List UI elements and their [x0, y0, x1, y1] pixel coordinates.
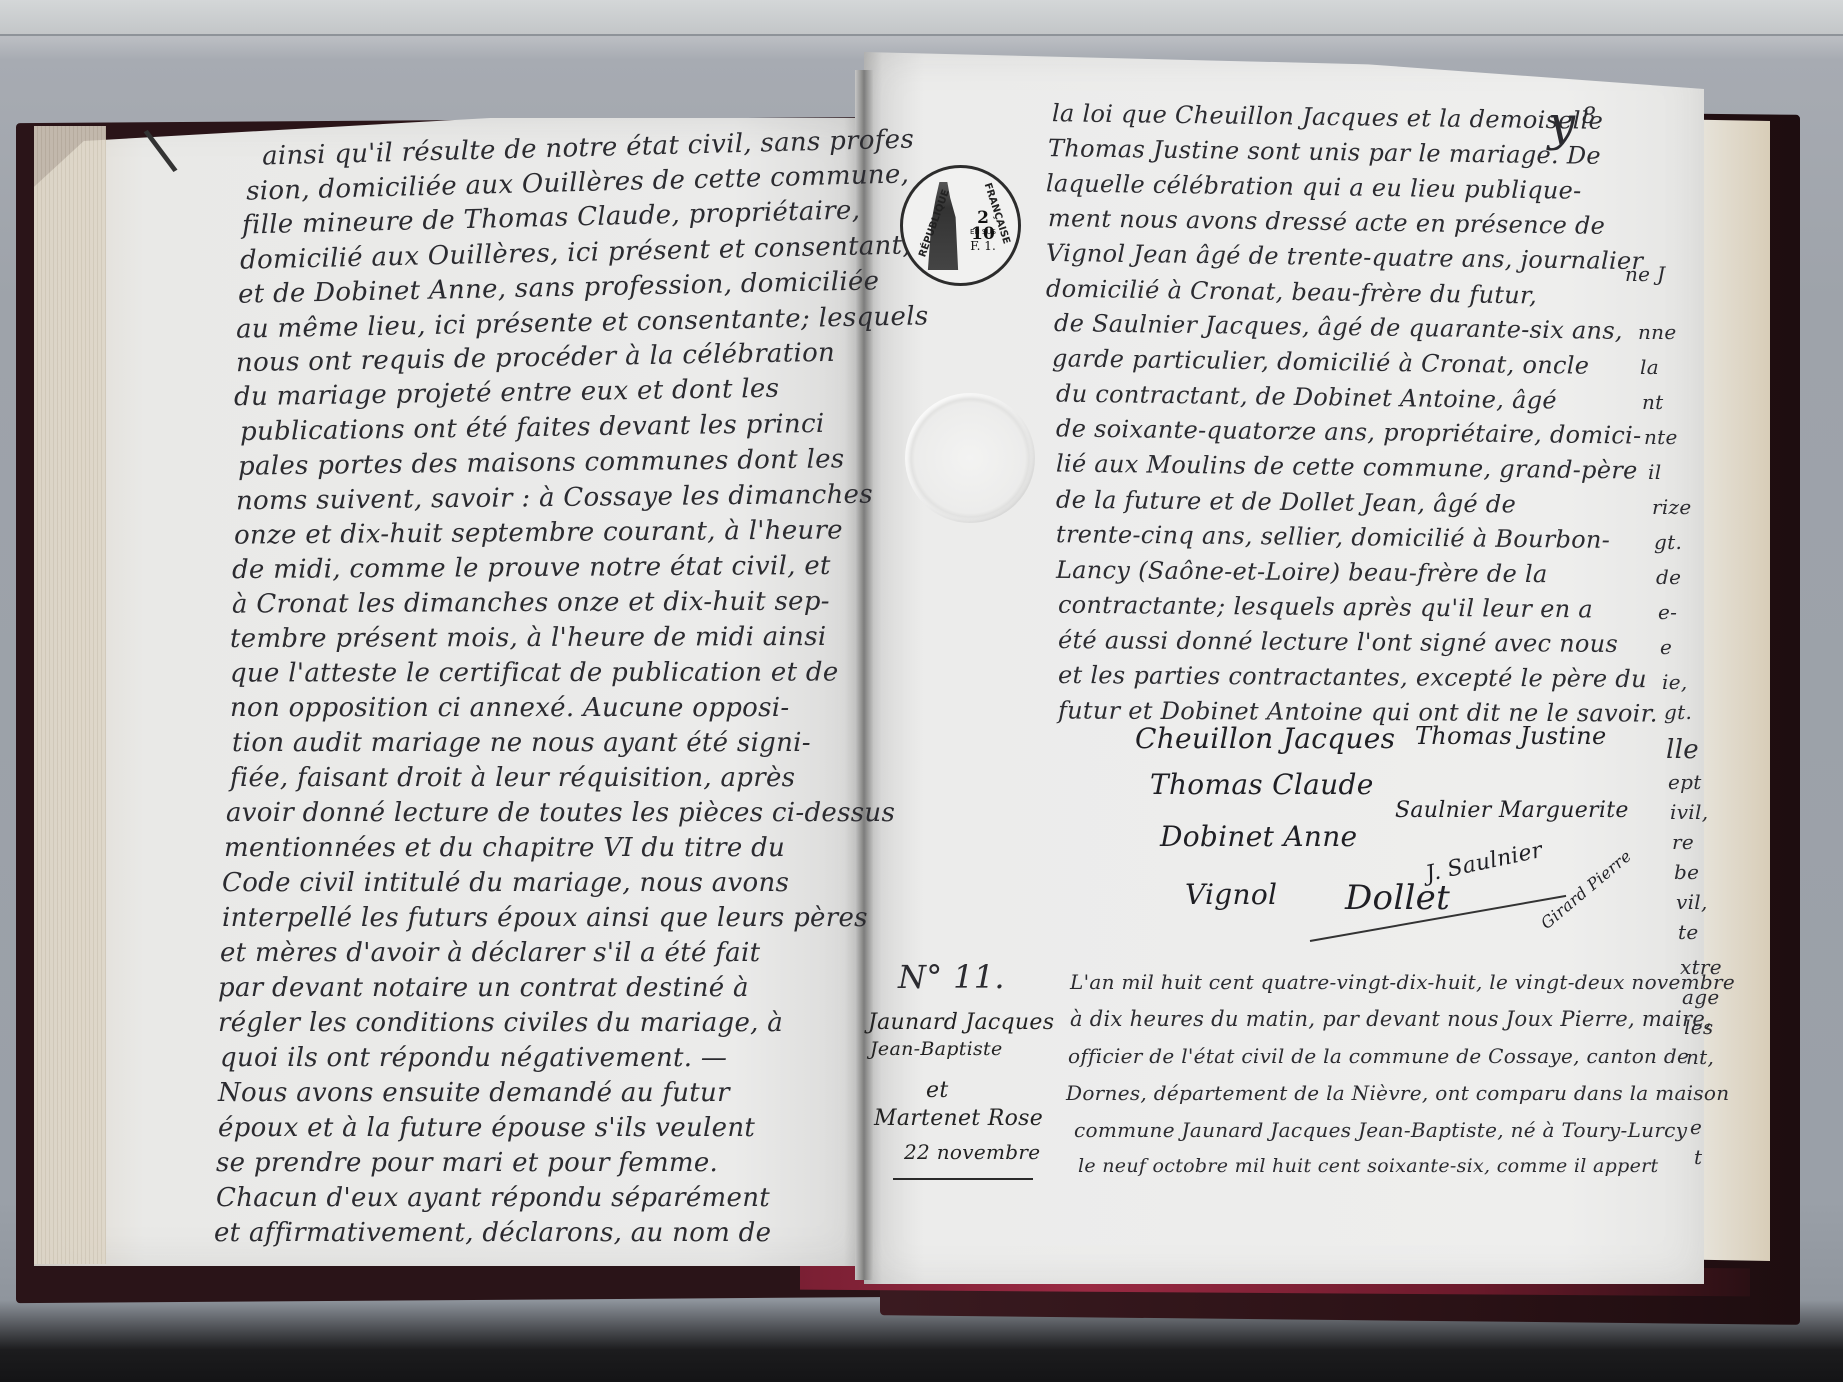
- text-line: époux et à la future épouse s'ils veulen…: [218, 1113, 755, 1143]
- fragment: la: [1640, 355, 1659, 379]
- text-line: été aussi donné lecture l'ont signé avec…: [1058, 626, 1618, 658]
- fragment: lle: [1666, 735, 1699, 765]
- text-line: Chacun d'eux ayant répondu séparément: [216, 1183, 770, 1213]
- fragment: il: [1648, 460, 1661, 484]
- margin-date: 22 novembre: [904, 1140, 1040, 1164]
- text-line: trente-cinq ans, sellier, domicilié à Bo…: [1056, 520, 1610, 554]
- background-surface: [0, 0, 1843, 36]
- text-line: tembre présent mois, à l'heure de midi a…: [230, 622, 827, 654]
- embossed-seal: [905, 393, 1035, 523]
- text-line: par devant notaire un contrat destiné à: [218, 973, 749, 1003]
- signature: Vignol: [1185, 878, 1277, 911]
- text-line: et mères d'avoir à déclarer s'il a été f…: [220, 938, 760, 968]
- fragment: e: [1690, 1115, 1702, 1139]
- text-line: à dix heures du matin, par devant nous J…: [1070, 1007, 1712, 1031]
- text-line: de la future et de Dollet Jean, âgé de: [1056, 486, 1516, 519]
- fragment: t: [1694, 1145, 1702, 1169]
- text-line: Dornes, département de la Nièvre, ont co…: [1066, 1081, 1729, 1105]
- fragment: ie,: [1662, 670, 1688, 694]
- fragment: xtre: [1680, 955, 1722, 979]
- fragment: te: [1678, 920, 1698, 944]
- fragment: nt: [1642, 390, 1664, 414]
- stamp-value-sub: EN SUS: [963, 228, 1003, 236]
- fragment: ept: [1668, 770, 1702, 794]
- text-line: avoir donné lecture de toutes les pièces…: [226, 798, 895, 828]
- text-line: le neuf octobre mil huit cent soixante-s…: [1078, 1155, 1658, 1177]
- fragment: nte: [1644, 425, 1678, 449]
- text-line: officier de l'état civil de la commune d…: [1068, 1044, 1689, 1068]
- signature: Saulnier Marguerite: [1395, 798, 1629, 823]
- margin-conjunction: et: [926, 1078, 948, 1103]
- fragment: nne: [1638, 320, 1677, 344]
- text-line: régler les conditions civiles du mariage…: [218, 1008, 783, 1038]
- act-number: N° 11.: [898, 958, 1005, 996]
- fragment: gt.: [1664, 700, 1692, 724]
- fragment: be: [1674, 860, 1699, 884]
- text-line: commune Jaunard Jacques Jean-Baptiste, n…: [1074, 1118, 1687, 1142]
- text-line: Nous avons ensuite demandé au futur: [218, 1078, 730, 1108]
- margin-names: Martenet Rose: [874, 1106, 1043, 1131]
- stamp-value: 2 10: [965, 210, 1001, 242]
- fiscal-stamp: RÉPUBLIQUE FRANÇAISE 2 10 EN SUS F. 1.: [900, 165, 1021, 286]
- text-line: et les parties contractantes, excepté le…: [1058, 661, 1647, 693]
- fragment: e-: [1658, 600, 1677, 624]
- text-line: non opposition ci annexé. Aucune opposi-: [230, 693, 789, 723]
- signature: Thomas Justine: [1415, 722, 1607, 750]
- left-page-edges: [34, 126, 106, 1264]
- text-line: fiée, faisant droit à leur réquisition, …: [230, 763, 795, 793]
- fragment: ivil,: [1670, 800, 1708, 824]
- text-line: Code civil intitulé du mariage, nous avo…: [222, 868, 789, 898]
- signature: Cheuillon Jacques: [1135, 722, 1395, 755]
- signature: Thomas Claude: [1150, 768, 1374, 801]
- text-line: à Cronat les dimanches onze et dix-huit …: [232, 586, 830, 619]
- fragment: e: [1660, 635, 1672, 659]
- text-line: L'an mil huit cent quatre-vingt-dix-huit…: [1070, 970, 1735, 994]
- stamp-denomination: F. 1.: [967, 240, 999, 252]
- fragment: rize: [1652, 495, 1692, 519]
- text-line: et affirmativement, déclarons, au nom de: [214, 1218, 771, 1248]
- text-line: tion audit mariage ne nous ayant été sig…: [232, 728, 811, 758]
- margin-rule: [893, 1178, 1033, 1180]
- fragment: vil,: [1676, 890, 1708, 914]
- text-line: contractante; lesquels après qu'il leur …: [1058, 591, 1593, 624]
- fragment: age: [1682, 985, 1719, 1009]
- text-line: Lancy (Saône-et-Loire) beau-frère de la: [1056, 556, 1548, 588]
- text-line: se prendre pour mari et pour femme.: [216, 1148, 718, 1178]
- text-line: interpellé les futurs époux ainsi que le…: [222, 903, 868, 933]
- text-line: de midi, comme le prouve notre état civi…: [232, 551, 831, 585]
- text-line: mentionnées et du chapitre VI du titre d…: [224, 833, 785, 863]
- text-line: quoi ils ont répondu négativement. —: [220, 1043, 727, 1073]
- fragment: les: [1684, 1015, 1713, 1039]
- text-line: onze et dix-huit septembre courant, à l'…: [234, 515, 843, 550]
- fragment: gt.: [1654, 530, 1682, 554]
- margin-names: Jean-Baptiste: [870, 1038, 1003, 1060]
- fragment: re: [1672, 830, 1694, 854]
- fragment: de: [1656, 565, 1681, 589]
- text-line: que l'atteste le certificat de publicati…: [230, 657, 839, 688]
- fragment: nt,: [1686, 1045, 1714, 1069]
- margin-names: Jaunard Jacques: [868, 1010, 1054, 1035]
- signature: Dobinet Anne: [1160, 820, 1357, 853]
